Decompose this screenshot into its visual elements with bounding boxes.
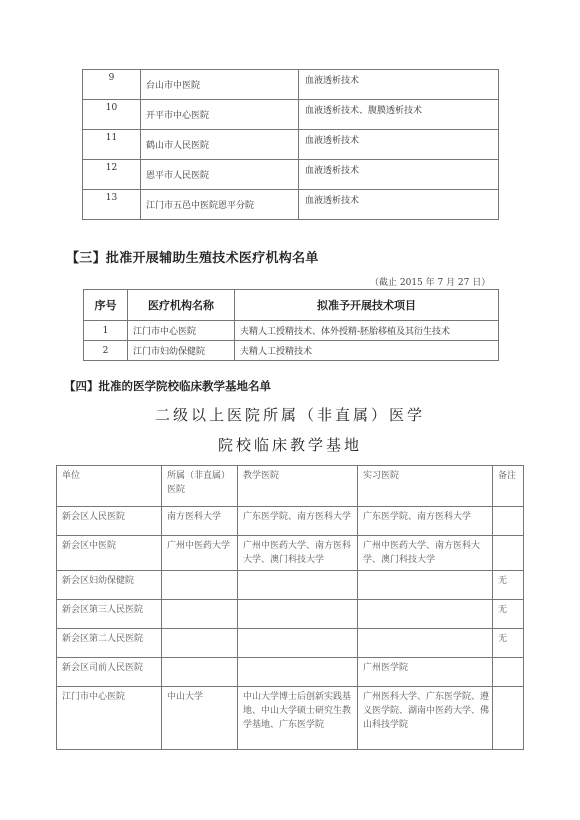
table-row: 新会区第三人民医院 无 [57,600,524,629]
teaching-hospital: 广州中医药大学、南方医科大学、澳门科技大学 [238,536,358,571]
internship-hospital [358,629,493,658]
internship-hospital [358,571,493,600]
unit-name: 新会区司前人民医院 [57,658,162,687]
table-row: 新会区中医院 广州中医药大学 广州中医药大学、南方医科大学、澳门科技大学 广州中… [57,536,524,571]
column-header: 实习医院 [358,466,493,507]
row-number: 9 [83,70,141,100]
reproductive-tech-table: 序号 医疗机构名称 拟准予开展技术项目 1 江门市中心医院 夫精人工授精技术、体… [83,289,499,361]
section-heading-teaching-bases: 【四】批准的医学院校临床教学基地名单 [64,378,271,394]
document-title-line2: 院校临床教学基地 [0,434,580,455]
technique: 血液透析技术 [299,190,499,220]
technique: 血液透析技术 [299,160,499,190]
table-row: 新会区第二人民医院 无 [57,629,524,658]
institution-name: 江门市妇幼保健院 [128,341,235,361]
column-header: 备注 [493,466,524,507]
affiliated-school: 广州中医药大学 [162,536,238,571]
hospital-name: 鹤山市人民医院 [141,130,299,160]
internship-hospital [358,600,493,629]
table-header-row: 序号 医疗机构名称 拟准予开展技术项目 [84,290,499,321]
technique: 血液透析技术 [299,130,499,160]
teaching-base-table: 单位 所属（非直属）医院 教学医院 实习医院 备注 新会区人民医院 南方医科大学… [56,465,524,750]
table-row: 新会区司前人民医院 广州医学院 [57,658,524,687]
date-note: （截止 2015 年 7 月 27 日） [370,275,490,288]
teaching-hospital [238,571,358,600]
remark [493,687,524,750]
column-header: 单位 [57,466,162,507]
hospital-name: 开平市中心医院 [141,100,299,130]
unit-name: 新会区妇幼保健院 [57,571,162,600]
table-header-row: 单位 所属（非直属）医院 教学医院 实习医院 备注 [57,466,524,507]
table-row: 10 开平市中心医院 血液透析技术、腹膜透析技术 [83,100,499,130]
column-header: 教学医院 [238,466,358,507]
unit-name: 江门市中心医院 [57,687,162,750]
row-number: 12 [83,160,141,190]
table-row: 江门市中心医院 中山大学 中山大学博士后创新实践基地、中山大学硕士研究生教学基地… [57,687,524,750]
row-number: 1 [84,321,128,341]
internship-hospital: 广州医科大学、广东医学院、遵义医学院、湖南中医药大学、佛山科技学院 [358,687,493,750]
remark: 无 [493,629,524,658]
affiliated-school [162,571,238,600]
remark [493,658,524,687]
row-number: 11 [83,130,141,160]
teaching-hospital [238,658,358,687]
teaching-hospital: 广东医学院、南方医科大学 [238,507,358,536]
row-number: 2 [84,341,128,361]
table-row: 11 鹤山市人民医院 血液透析技术 [83,130,499,160]
table-row: 1 江门市中心医院 夫精人工授精技术、体外授精-胚胎移植及其衍生技术 [84,321,499,341]
affiliated-school [162,629,238,658]
table-row: 13 江门市五邑中医院恩平分院 血液透析技术 [83,190,499,220]
section-heading-reproductive: 【三】批准开展辅助生殖技术医疗机构名单 [66,247,319,266]
row-number: 10 [83,100,141,130]
hospital-name: 恩平市人民医院 [141,160,299,190]
remark: 无 [493,571,524,600]
unit-name: 新会区人民医院 [57,507,162,536]
column-header: 医疗机构名称 [128,290,235,321]
unit-name: 新会区第二人民医院 [57,629,162,658]
internship-hospital: 广州中医药大学、南方医科大学、澳门科技大学 [358,536,493,571]
dialysis-hospital-table: 9 台山市中医院 血液透析技术 10 开平市中心医院 血液透析技术、腹膜透析技术… [82,69,499,220]
table-row: 新会区妇幼保健院 无 [57,571,524,600]
teaching-hospital [238,600,358,629]
affiliated-school [162,658,238,687]
column-header: 所属（非直属）医院 [162,466,238,507]
teaching-hospital [238,629,358,658]
hospital-name: 江门市五邑中医院恩平分院 [141,190,299,220]
document-title-line1: 二级以上医院所属（非直属）医学 [0,404,580,425]
teaching-hospital: 中山大学博士后创新实践基地、中山大学硕士研究生教学基地、广东医学院 [238,687,358,750]
technique: 血液透析技术 [299,70,499,100]
unit-name: 新会区中医院 [57,536,162,571]
remark [493,536,524,571]
technique: 夫精人工授精技术 [235,341,499,361]
remark: 无 [493,600,524,629]
column-header: 拟准予开展技术项目 [235,290,499,321]
remark [493,507,524,536]
affiliated-school: 南方医科大学 [162,507,238,536]
affiliated-school: 中山大学 [162,687,238,750]
row-number: 13 [83,190,141,220]
internship-hospital: 广东医学院、南方医科大学 [358,507,493,536]
affiliated-school [162,600,238,629]
hospital-name: 台山市中医院 [141,70,299,100]
table-row: 9 台山市中医院 血液透析技术 [83,70,499,100]
technique: 夫精人工授精技术、体外授精-胚胎移植及其衍生技术 [235,321,499,341]
table-row: 2 江门市妇幼保健院 夫精人工授精技术 [84,341,499,361]
technique: 血液透析技术、腹膜透析技术 [299,100,499,130]
institution-name: 江门市中心医院 [128,321,235,341]
table-row: 新会区人民医院 南方医科大学 广东医学院、南方医科大学 广东医学院、南方医科大学 [57,507,524,536]
unit-name: 新会区第三人民医院 [57,600,162,629]
internship-hospital: 广州医学院 [358,658,493,687]
table-row: 12 恩平市人民医院 血液透析技术 [83,160,499,190]
column-header: 序号 [84,290,128,321]
